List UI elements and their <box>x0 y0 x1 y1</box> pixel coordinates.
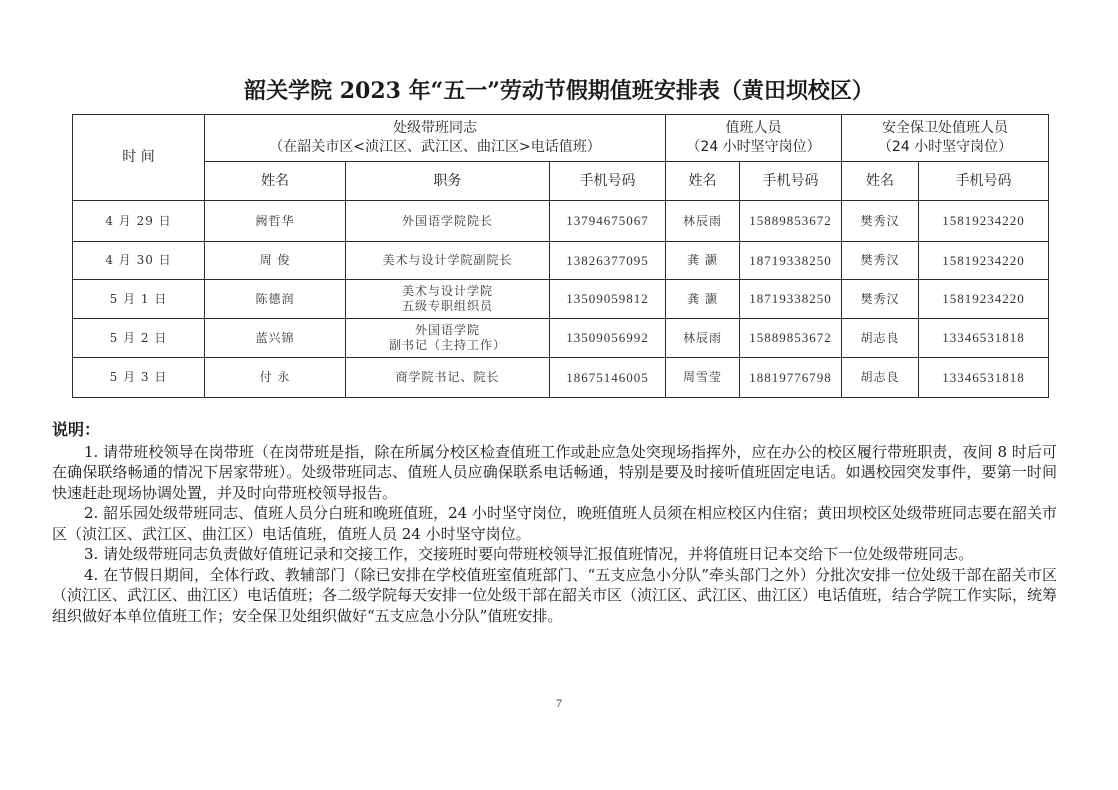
cell-leader-name: 阙哲华 <box>205 201 346 242</box>
cell-date: 4 月 30 日 <box>73 242 205 280</box>
cell-leader-phone: 13826377095 <box>550 242 666 280</box>
header-duty-name: 姓名 <box>666 162 740 201</box>
cell-leader-phone: 13794675067 <box>550 201 666 242</box>
cell-leader-position: 外国语学院院长 <box>346 201 550 242</box>
cell-security-name: 樊秀汉 <box>842 242 919 280</box>
table-row: 4 月 30 日 周 俊 美术与设计学院副院长 13826377095 龚 灏 … <box>73 242 1049 280</box>
cell-duty-phone: 18719338250 <box>740 242 842 280</box>
cell-duty-phone: 15889853672 <box>740 319 842 358</box>
cell-leader-phone: 13509056992 <box>550 319 666 358</box>
cell-leader-phone: 13509059812 <box>550 280 666 319</box>
header-duty-phone: 手机号码 <box>740 162 842 201</box>
cell-date: 5 月 2 日 <box>73 319 205 358</box>
header-group-leader: 处级带班同志 （在韶关市区<浈江区、武江区、曲江区>电话值班） <box>205 115 666 162</box>
cell-security-name: 樊秀汉 <box>842 201 919 242</box>
cell-leader-position-line1: 美术与设计学院副院长 <box>346 253 549 268</box>
cell-security-phone: 15819234220 <box>919 242 1049 280</box>
cell-leader-phone: 18675146005 <box>550 358 666 398</box>
cell-duty-name: 龚 灏 <box>666 242 740 280</box>
cell-duty-name: 林辰雨 <box>666 201 740 242</box>
header-time: 时 间 <box>73 115 205 201</box>
document-title: 韶关学院 2023 年“五一”劳动节假期值班安排表（黄田坝校区） <box>0 74 1118 105</box>
cell-leader-position: 美术与设计学院 五级专职组织员 <box>346 280 550 319</box>
cell-security-phone: 13346531818 <box>919 358 1049 398</box>
cell-leader-position-line2: 五级专职组织员 <box>346 299 549 314</box>
table-row: 5 月 2 日 蓝兴锦 外国语学院 副书记（主持工作） 13509056992 … <box>73 319 1049 358</box>
notes-section: 说明： 1. 请带班校领导在岗带班（在岗带班是指，除在所属分校区检查值班工作或赴… <box>52 420 1057 626</box>
cell-leader-position-line1: 美术与设计学院 <box>346 284 549 299</box>
note-item-1: 1. 请带班校领导在岗带班（在岗带班是指，除在所属分校区检查值班工作或赴应急处突… <box>52 442 1057 504</box>
duty-schedule-table: 时 间 处级带班同志 （在韶关市区<浈江区、武江区、曲江区>电话值班） 值班人员… <box>72 114 1049 398</box>
cell-leader-position-line1: 外国语学院 <box>346 323 549 338</box>
note-item-3: 3. 请处级带班同志负责做好值班记录和交接工作，交接班时要向带班校领导汇报值班情… <box>52 544 1057 565</box>
page-number: 7 <box>0 696 1118 711</box>
cell-leader-position-line2: 副书记（主持工作） <box>346 338 549 353</box>
header-leader-position: 职务 <box>346 162 550 201</box>
table-row: 4 月 29 日 阙哲华 外国语学院院长 13794675067 林辰雨 158… <box>73 201 1049 242</box>
cell-leader-position: 美术与设计学院副院长 <box>346 242 550 280</box>
note-item-4: 4. 在节假日期间，全体行政、教辅部门（除已安排在学校值班室值班部门、“五支应急… <box>52 565 1057 627</box>
cell-leader-name: 周 俊 <box>205 242 346 280</box>
cell-security-phone: 15819234220 <box>919 280 1049 319</box>
header-group-duty-title: 值班人员 <box>666 119 841 138</box>
table-row: 5 月 1 日 陈德润 美术与设计学院 五级专职组织员 13509059812 … <box>73 280 1049 319</box>
header-group-leader-subtitle: （在韶关市区<浈江区、武江区、曲江区>电话值班） <box>205 138 665 157</box>
cell-leader-name: 蓝兴锦 <box>205 319 346 358</box>
cell-duty-phone: 18719338250 <box>740 280 842 319</box>
header-leader-name: 姓名 <box>205 162 346 201</box>
cell-duty-name: 周雪莹 <box>666 358 740 398</box>
header-security-phone: 手机号码 <box>919 162 1049 201</box>
header-group-security-title: 安全保卫处值班人员 <box>842 119 1048 138</box>
cell-duty-name: 龚 灏 <box>666 280 740 319</box>
table-row: 5 月 3 日 付 永 商学院书记、院长 18675146005 周雪莹 188… <box>73 358 1049 398</box>
cell-leader-name: 陈德润 <box>205 280 346 319</box>
cell-duty-name: 林辰雨 <box>666 319 740 358</box>
cell-security-name: 胡志良 <box>842 319 919 358</box>
cell-security-phone: 15819234220 <box>919 201 1049 242</box>
cell-date: 5 月 3 日 <box>73 358 205 398</box>
cell-security-phone: 13346531818 <box>919 319 1049 358</box>
cell-leader-name: 付 永 <box>205 358 346 398</box>
header-group-security: 安全保卫处值班人员 （24 小时坚守岗位） <box>842 115 1049 162</box>
cell-leader-position-line1: 商学院书记、院长 <box>346 370 549 385</box>
note-item-2: 2. 韶乐园处级带班同志、值班人员分白班和晚班值班，24 小时坚守岗位，晚班值班… <box>52 503 1057 544</box>
header-group-duty-subtitle: （24 小时坚守岗位） <box>666 138 841 157</box>
cell-security-name: 樊秀汉 <box>842 280 919 319</box>
cell-leader-position: 商学院书记、院长 <box>346 358 550 398</box>
header-group-security-subtitle: （24 小时坚守岗位） <box>842 138 1048 157</box>
cell-leader-position: 外国语学院 副书记（主持工作） <box>346 319 550 358</box>
cell-duty-phone: 18819776798 <box>740 358 842 398</box>
cell-duty-phone: 15889853672 <box>740 201 842 242</box>
header-leader-phone: 手机号码 <box>550 162 666 201</box>
cell-date: 5 月 1 日 <box>73 280 205 319</box>
cell-leader-position-line1: 外国语学院院长 <box>346 214 549 229</box>
cell-date: 4 月 29 日 <box>73 201 205 242</box>
notes-label: 说明： <box>52 420 1057 441</box>
header-group-leader-title: 处级带班同志 <box>205 119 665 138</box>
cell-security-name: 胡志良 <box>842 358 919 398</box>
header-security-name: 姓名 <box>842 162 919 201</box>
header-group-duty: 值班人员 （24 小时坚守岗位） <box>666 115 842 162</box>
